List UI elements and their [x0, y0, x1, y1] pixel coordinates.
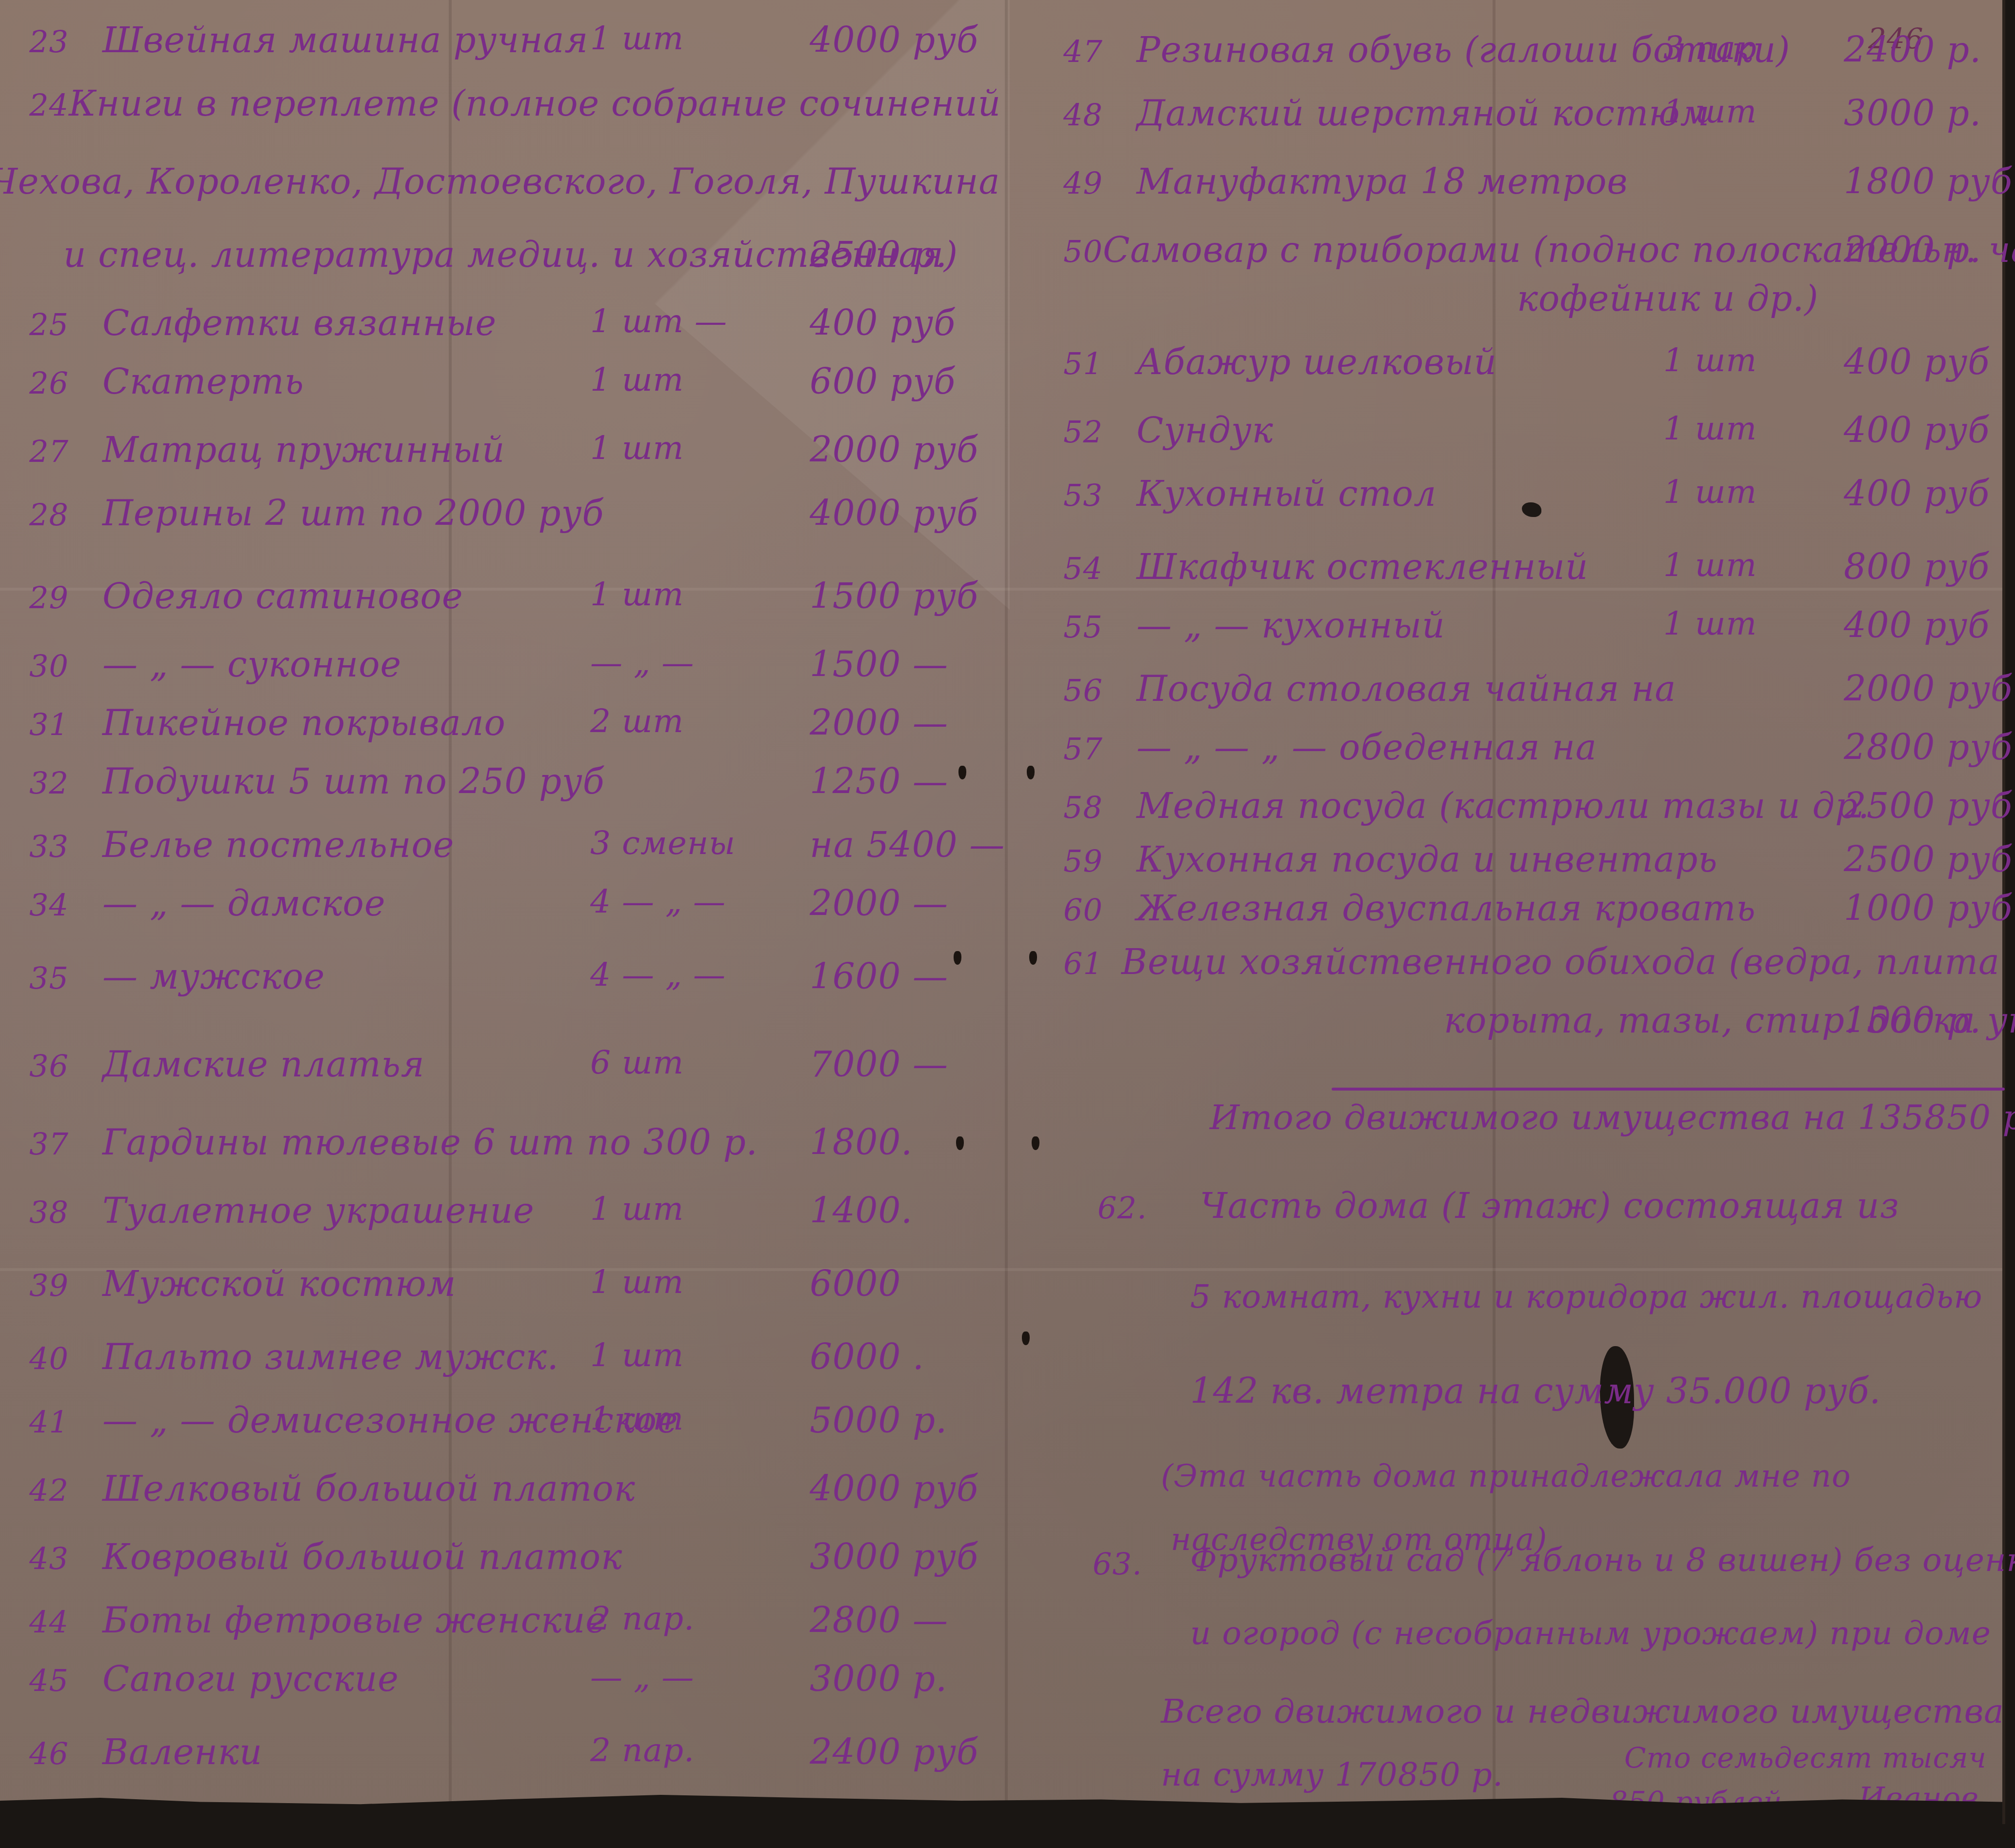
item-number: 47: [1063, 34, 1137, 69]
item-number: 25: [29, 307, 102, 342]
item-description: Кухонный стол: [1137, 473, 1436, 514]
list-item: 61Вещи хозяйственного обихода (ведра, пл…: [1063, 941, 2000, 982]
list-item: и спец. литература медиц. и хозяйственна…: [29, 234, 980, 275]
item-price: 4000 руб: [810, 493, 978, 534]
item-price: 3000 р.: [1844, 93, 1981, 134]
item-description: Мужской костюм: [102, 1263, 456, 1304]
item-number: 24: [29, 87, 69, 123]
list-item: 56Посуда столовая чайная на2000 руб: [1063, 668, 2000, 709]
item-description: Пикейное покрывало: [102, 702, 506, 743]
item-number: 51: [1063, 346, 1137, 381]
document-sheet: 246 23Швейная машина ручная1 шт4000 руб2…: [0, 0, 2005, 1824]
item-description: Книги в переплете (полное собрание сочин…: [69, 83, 1001, 124]
list-item: 35— мужское4 — „ —1600 —: [29, 956, 980, 997]
item-quantity: 3 пар: [1663, 29, 1757, 67]
item-number: 32: [29, 765, 102, 801]
item-description: Шкафчик остекленный: [1137, 546, 1588, 587]
item-description: Подушки 5 шт по 250 руб: [102, 761, 605, 802]
item-63-line: Фруктовый сад (7 яблонь и 8 вишен) без о…: [1190, 1541, 2015, 1579]
item-price: 2000 руб: [810, 429, 978, 470]
item-number: 30: [29, 648, 102, 684]
item-description: Ковровый большой платок: [102, 1536, 622, 1577]
item-description: — „ — дамское: [102, 883, 386, 924]
list-item: 50Самовар с приборами (поднос полоскател…: [1063, 229, 2000, 270]
item-number: 41: [29, 1404, 102, 1440]
list-item: 42Шелковый большой платок4000 руб: [29, 1468, 980, 1509]
list-item: 48Дамский шерстяной костюм1 шт3000 р.: [1063, 93, 2000, 134]
item-number: 26: [29, 365, 102, 401]
list-item: 26Скатерть1 шт600 руб: [29, 361, 980, 402]
item-number: 40: [29, 1341, 102, 1376]
item-price: 400 руб: [1844, 473, 1990, 514]
list-item: 47Резиновая обувь (галоши ботики)3 пар24…: [1063, 29, 2000, 70]
item-price: 6000 .: [810, 1336, 924, 1377]
item-price: 6000: [810, 1263, 901, 1304]
item-number: 61: [1063, 946, 1121, 981]
list-item: 33Белье постельное3 сменына 5400 —: [29, 824, 980, 865]
punch-hole: [1027, 766, 1035, 779]
item-quantity: 4 — „ —: [590, 883, 726, 920]
item-description: — „ — суконное: [102, 644, 401, 685]
item-number: 39: [29, 1268, 102, 1303]
list-item: 57— „ — „ — обеденная на2800 руб: [1063, 727, 2000, 768]
list-item: 55— „ — кухонный1 шт400 руб: [1063, 605, 2000, 646]
item-price: 2500 руб: [1844, 839, 2013, 880]
list-item: 28Перины 2 шт по 2000 руб4000 руб: [29, 493, 980, 534]
item-number: 38: [29, 1194, 102, 1230]
item-description: Швейная машина ручная: [102, 20, 588, 60]
item-description: Валенки: [102, 1731, 262, 1772]
item-quantity: — „ —: [590, 644, 694, 681]
item-number: 58: [1063, 790, 1137, 825]
item-number: 56: [1063, 673, 1137, 708]
item-number: 60: [1063, 892, 1137, 928]
list-item: 44Боты фетровые женские2 пар.2800 —: [29, 1600, 980, 1641]
item-price: 1500 р.: [1844, 1000, 1981, 1041]
item-price: 2800 —: [810, 1600, 948, 1641]
list-item: 45Сапоги русские— „ —3000 р.: [29, 1658, 980, 1699]
list-item: 52Сундук1 шт400 руб: [1063, 410, 2000, 451]
total-in-words: Сто семьдесят тысяч: [1624, 1741, 1987, 1774]
item-quantity: 1 шт: [590, 1263, 684, 1301]
item-number: 42: [29, 1472, 102, 1508]
item-62-line: Часть дома (I этаж) состоящая из: [1200, 1185, 1899, 1226]
item-description: Скатерть: [102, 361, 304, 402]
item-description: Дамский шерстяной костюм: [1137, 93, 1710, 134]
item-description: Железная двуспальная кровать: [1137, 888, 1756, 929]
item-number: 49: [1063, 165, 1137, 201]
item-quantity: 3 смены: [590, 824, 736, 862]
item-description: Кухонная посуда и инвентарь: [1137, 839, 1718, 880]
item-description: Шелковый большой платок: [102, 1468, 636, 1509]
item-quantity: 1 шт: [590, 429, 684, 467]
item-description: Белье постельное: [102, 824, 454, 865]
item-number: 37: [29, 1126, 102, 1162]
item-quantity: 6 шт: [590, 1044, 684, 1081]
list-item: 49Мануфактура 18 метров1800 руб: [1063, 161, 2000, 202]
item-quantity: 2 шт: [590, 702, 684, 740]
item-quantity: 1 шт: [590, 576, 684, 613]
punch-hole: [1032, 1136, 1039, 1150]
item-62-line: 142 кв. метра на сумму 35.000 руб.: [1190, 1371, 1881, 1411]
item-number: 62.: [1097, 1190, 1147, 1226]
item-quantity: 1 шт —: [590, 302, 727, 340]
list-item: 46Валенки2 пар.2400 руб: [29, 1731, 980, 1772]
item-number: 23: [29, 24, 102, 60]
item-62-line: 5 комнат, кухни и коридора жил. площадью: [1190, 1278, 1983, 1315]
list-item: 37Гардины тюлевые 6 шт по 300 р.1800.: [29, 1122, 980, 1163]
item-number: 31: [29, 707, 102, 742]
item-number: 45: [29, 1663, 102, 1698]
item-quantity: 1 шт: [590, 20, 684, 57]
item-quantity: 1 шт: [590, 361, 684, 398]
item-price: 4000 руб: [810, 20, 978, 60]
item-description: Пальто зимнее мужск.: [102, 1336, 559, 1377]
item-quantity: — „ —: [590, 1658, 694, 1696]
item-price: 1000 руб: [1844, 888, 2013, 929]
item-description: — мужское: [102, 956, 325, 997]
item-number: 36: [29, 1048, 102, 1084]
list-item: 58Медная посуда (кастрюли тазы и др.2500…: [1063, 785, 2000, 826]
item-price: 2000 —: [810, 702, 948, 743]
item-price: 7000 —: [810, 1044, 948, 1085]
item-price: 5000 р.: [810, 1400, 947, 1441]
list-item: 23Швейная машина ручная1 шт4000 руб: [29, 20, 980, 60]
item-number: 52: [1063, 414, 1137, 450]
total-line: Всего движимого и недвижимого имущества: [1161, 1692, 2004, 1731]
list-item: 36Дамские платья6 шт7000 —: [29, 1044, 980, 1085]
item-number: 46: [29, 1736, 102, 1771]
item-quantity: 1 шт: [590, 1400, 684, 1437]
item-number: 53: [1063, 477, 1137, 513]
list-item: 29Одеяло сатиновое1 шт1500 руб: [29, 576, 980, 616]
subtotal-line: Итого движимого имущества на 135850 руб.: [1210, 1097, 2015, 1137]
item-description: Посуда столовая чайная на: [1137, 668, 1676, 709]
total-amount: на сумму 170850 р.: [1161, 1756, 1503, 1793]
item-number: 27: [29, 434, 102, 469]
item-description: Дамские платья: [102, 1044, 425, 1085]
item-description: Вещи хозяйственного обихода (ведра, плит…: [1121, 941, 2000, 982]
item-price: 1500 руб: [810, 576, 978, 616]
list-item: 60Железная двуспальная кровать1000 руб: [1063, 888, 2000, 929]
list-item: 43Ковровый большой платок3000 руб: [29, 1536, 980, 1577]
item-price: 400 руб: [1844, 605, 1990, 646]
item-description: Сапоги русские: [102, 1658, 399, 1699]
item-description: Чехова, Короленко, Достоевского, Гоголя,…: [0, 161, 1000, 202]
item-price: 3000 руб: [810, 1536, 978, 1577]
item-description: Мануфактура 18 метров: [1137, 161, 1628, 202]
list-item: 51Абажур шелковый1 шт400 руб: [1063, 341, 2000, 382]
list-item: 32Подушки 5 шт по 250 руб1250 —: [29, 761, 980, 802]
item-price: 600 руб: [810, 361, 956, 402]
list-item: 34— „ — дамское4 — „ —2000 —: [29, 883, 980, 924]
item-price: 2500 р.: [810, 234, 947, 275]
list-item: 31Пикейное покрывало2 шт2000 —: [29, 702, 980, 743]
item-description: Салфетки вязанные: [102, 302, 497, 343]
item-quantity: 1 шт: [1663, 341, 1757, 379]
list-item: корыта, тазы, стир. доска утюги и др.150…: [1063, 1000, 2000, 1041]
subtotal-rule: [1332, 1088, 2005, 1091]
item-quantity: 4 — „ —: [590, 956, 726, 994]
item-description: Матрац пружинный: [102, 429, 505, 470]
paper-crease: [1005, 0, 1008, 1824]
item-quantity: 1 шт: [590, 1336, 684, 1374]
item-description: Гардины тюлевые 6 шт по 300 р.: [102, 1122, 758, 1163]
item-price: 400 руб: [1844, 341, 1990, 382]
item-number: 48: [1063, 97, 1137, 133]
item-price: 1400.: [810, 1190, 913, 1231]
item-price: 2400 руб: [810, 1731, 978, 1772]
list-item: 24Книги в переплете (полное собрание соч…: [29, 83, 980, 124]
item-quantity: 2 пар.: [590, 1731, 695, 1769]
item-price: на 5400 —: [810, 824, 1005, 865]
item-description: Туалетное украшение: [102, 1190, 535, 1231]
list-item: 41— „ — демисезонное женское1 шт5000 р.: [29, 1400, 980, 1441]
item-quantity: 1 шт: [1663, 605, 1757, 642]
list-item: 25Салфетки вязанные1 шт —400 руб: [29, 302, 980, 343]
item-price: 3000 р.: [810, 1658, 947, 1699]
item-price: 400 руб: [1844, 410, 1990, 451]
item-62-line: (Эта часть дома принадлежала мне по: [1161, 1458, 1851, 1494]
item-description: Сундук: [1137, 410, 1274, 451]
item-description: Перины 2 шт по 2000 руб: [102, 493, 604, 534]
punch-hole: [1022, 1331, 1030, 1345]
item-price: 1500 —: [810, 644, 948, 685]
list-item: 27Матрац пружинный1 шт2000 руб: [29, 429, 980, 470]
item-price: 1250 —: [810, 761, 948, 802]
item-description: — „ — „ — обеденная на: [1137, 727, 1597, 768]
item-price: 2500 руб: [1844, 785, 2013, 826]
item-number: 29: [29, 580, 102, 616]
item-price: 2000 руб: [1844, 668, 2013, 709]
item-number: 34: [29, 887, 102, 923]
item-price: 1600 —: [810, 956, 948, 997]
item-number: 44: [29, 1604, 102, 1640]
list-item: Чехова, Короленко, Достоевского, Гоголя,…: [29, 161, 980, 202]
list-item: 40Пальто зимнее мужск.1 шт6000 .: [29, 1336, 980, 1377]
list-item: 54Шкафчик остекленный1 шт800 руб: [1063, 546, 2000, 587]
list-item: 30— „ — суконное— „ —1500 —: [29, 644, 980, 685]
item-description: Одеяло сатиновое: [102, 576, 463, 616]
item-number: 54: [1063, 551, 1137, 586]
item-description: — „ — кухонный: [1137, 605, 1445, 646]
item-quantity: 1 шт: [590, 1190, 684, 1228]
item-number: 55: [1063, 609, 1137, 645]
item-quantity: 2 пар.: [590, 1600, 695, 1637]
item-number: 63.: [1093, 1546, 1142, 1582]
item-description: Медная посуда (кастрюли тазы и др.: [1137, 785, 1870, 826]
item-price: 1800 руб: [1844, 161, 2013, 202]
item-quantity: 1 шт: [1663, 546, 1757, 584]
item-price: 4000 руб: [810, 1468, 978, 1509]
item-price: 2000 р.: [1844, 229, 1981, 270]
item-price: 1800.: [810, 1122, 913, 1163]
item-number: 57: [1063, 731, 1137, 767]
item-price: 2000 —: [810, 883, 948, 924]
list-item: кофейник и др.): [1063, 278, 2000, 319]
item-number: 43: [29, 1541, 102, 1576]
item-price: 400 руб: [810, 302, 956, 343]
item-quantity: 1 шт: [1663, 410, 1757, 447]
item-quantity: 1 шт: [1663, 473, 1757, 511]
item-number: 28: [29, 497, 102, 533]
item-63-line: и огород (с несобранным урожаем) при дом…: [1190, 1614, 1991, 1652]
item-price: 2400 р.: [1844, 29, 1981, 70]
list-item: 39Мужской костюм1 шт6000: [29, 1263, 980, 1304]
punch-hole: [1029, 951, 1037, 965]
item-number: 50: [1063, 234, 1103, 269]
item-description: Боты фетровые женские: [102, 1600, 607, 1641]
item-price: 800 руб: [1844, 546, 1990, 587]
item-description: кофейник и др.): [1517, 278, 1818, 319]
item-quantity: 1 шт: [1663, 93, 1757, 130]
item-number: 33: [29, 829, 102, 864]
list-item: 53Кухонный стол1 шт400 руб: [1063, 473, 2000, 514]
list-item: 38Туалетное украшение1 шт1400.: [29, 1190, 980, 1231]
item-description: Абажур шелковый: [1137, 341, 1497, 382]
list-item: 59Кухонная посуда и инвентарь2500 руб: [1063, 839, 2000, 880]
item-price: 2800 руб: [1844, 727, 2013, 768]
item-number: 35: [29, 960, 102, 996]
item-number: 59: [1063, 843, 1137, 879]
